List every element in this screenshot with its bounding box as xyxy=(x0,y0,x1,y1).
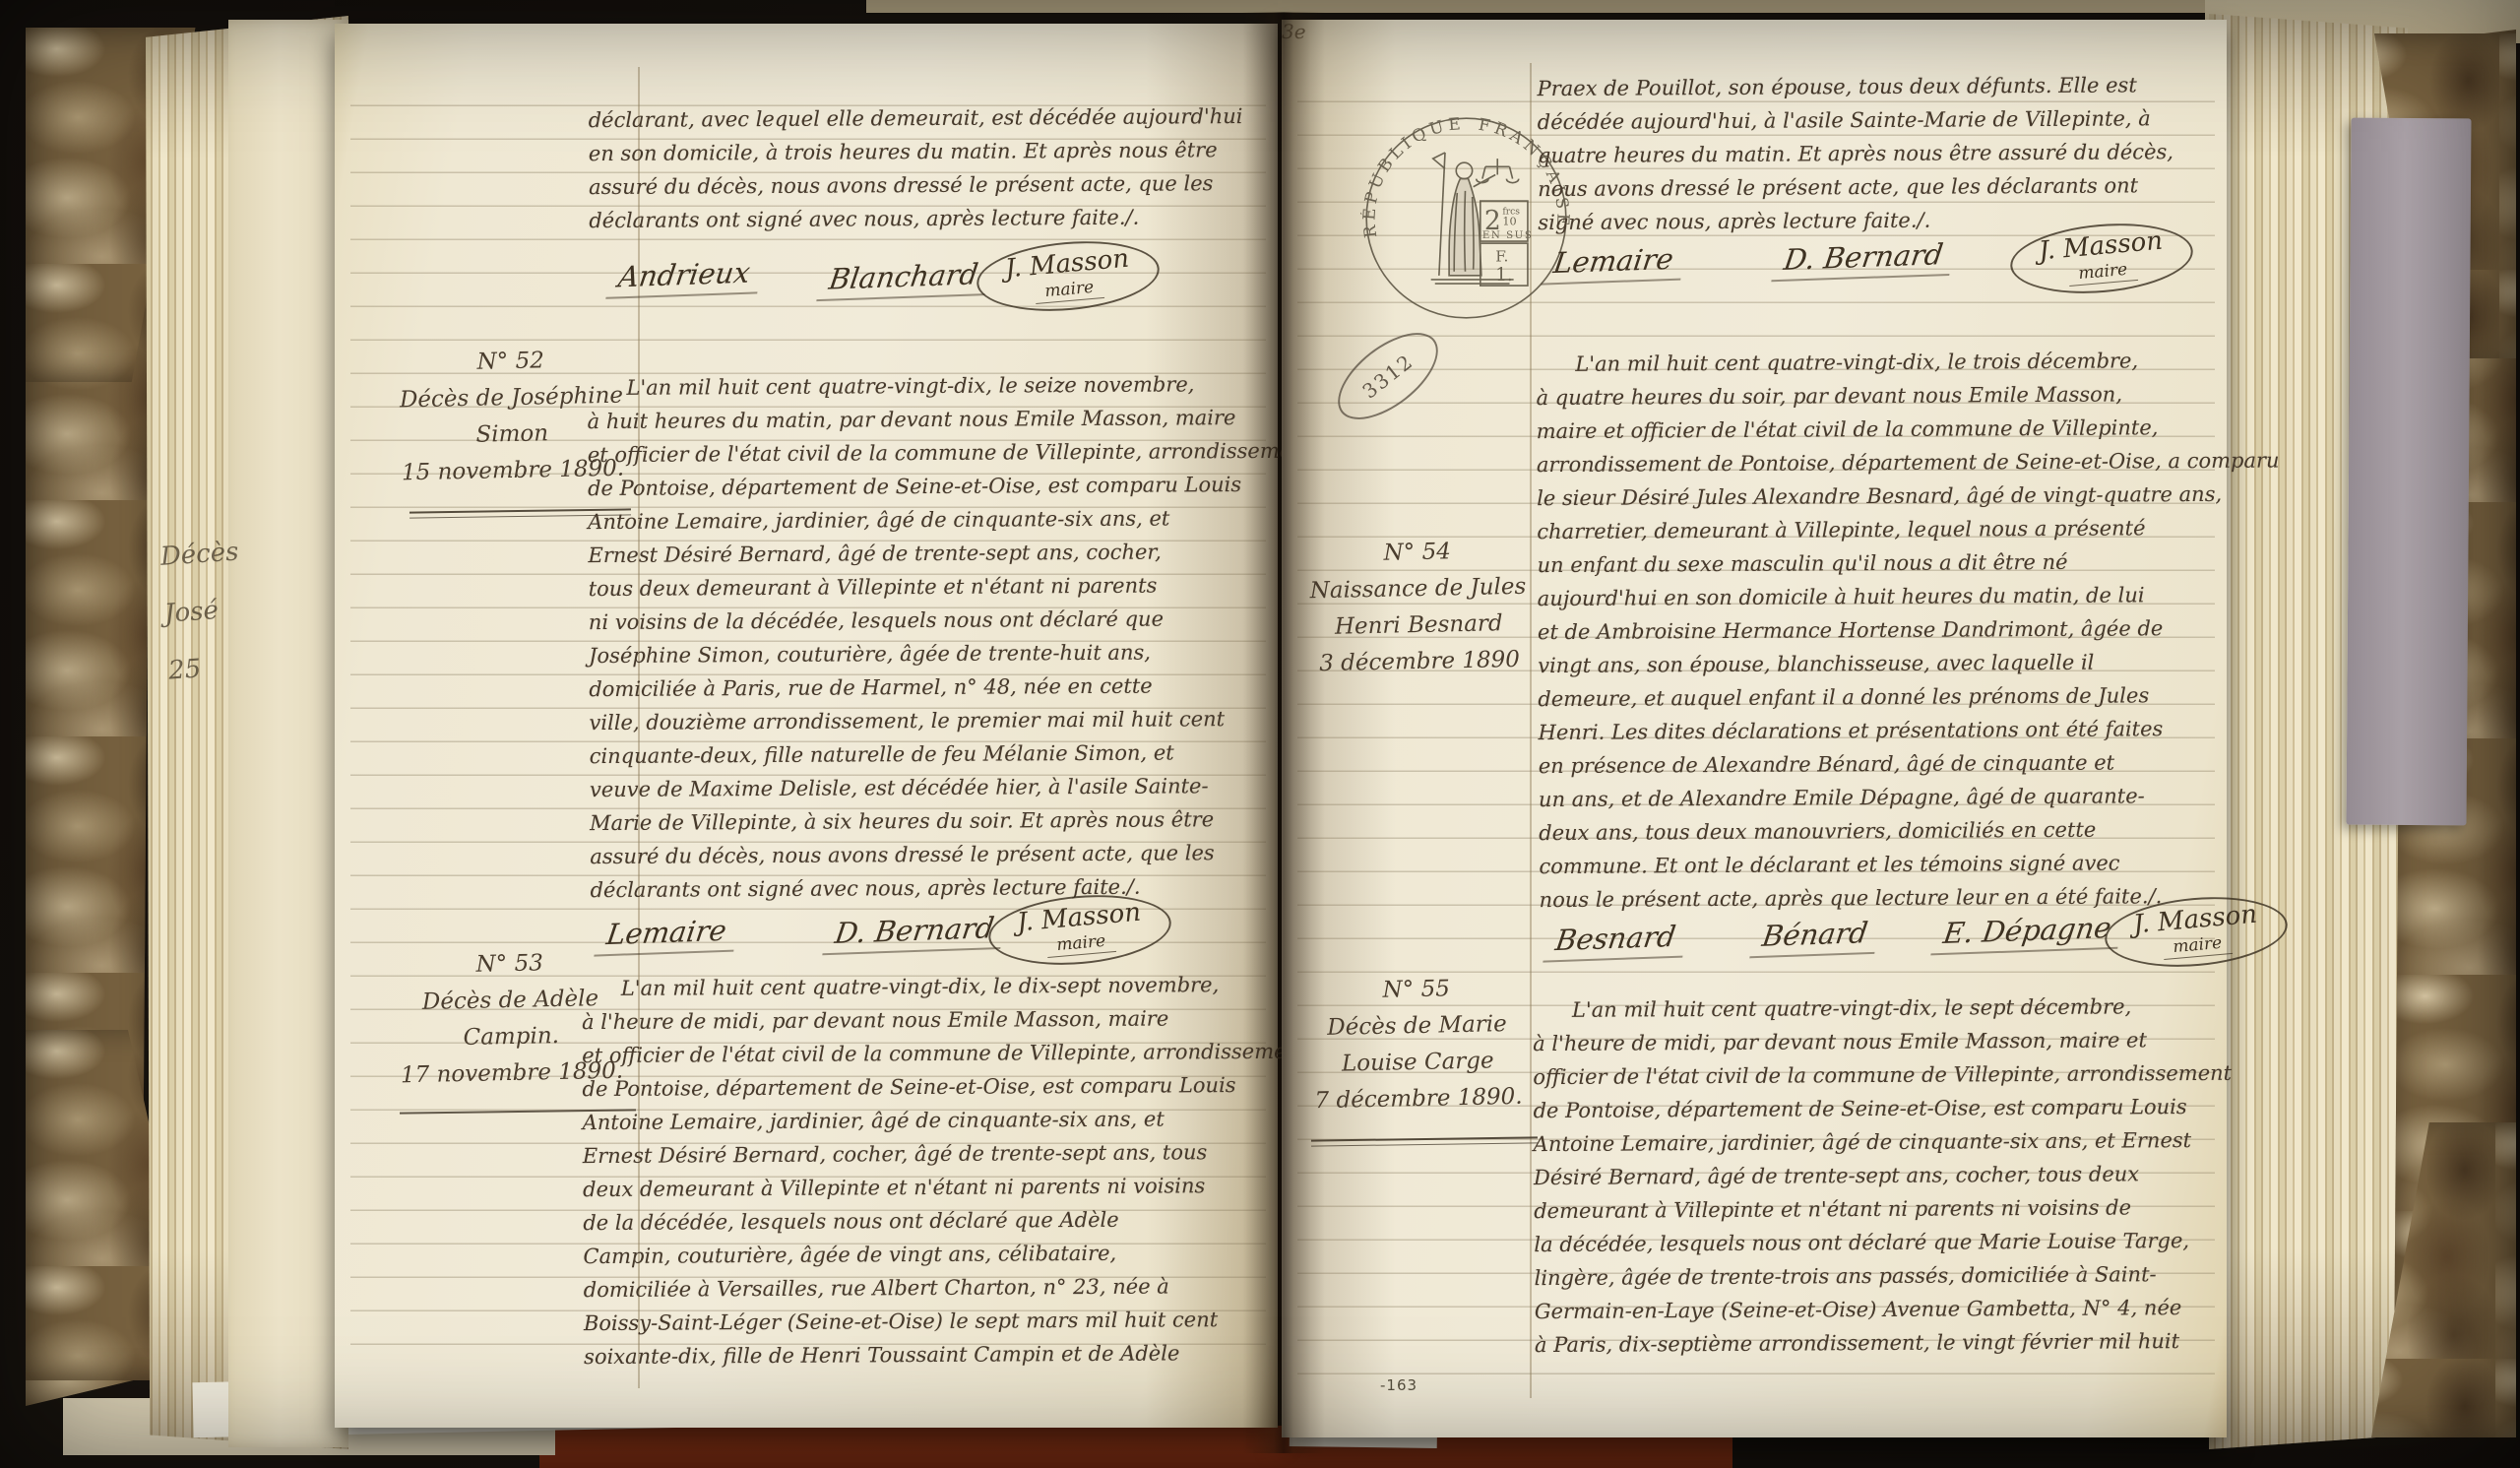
handwritten-line: domiciliée à Versailles, rue Albert Char… xyxy=(584,1274,1269,1311)
registry-number-stamp: 3312 xyxy=(1323,316,1453,435)
margin-note-record-55: N° 55Décès de MarieLouise Carge7 décembr… xyxy=(1295,974,1539,1124)
signature-lemaire: Lemaire xyxy=(1541,241,1685,285)
handwritten-line: de Pontoise, département de Seine-et-Ois… xyxy=(1533,1095,2216,1132)
handwritten-line: en son domicile, à trois heures du matin… xyxy=(589,138,1268,175)
page-number: -163 xyxy=(1380,1376,1417,1394)
record-52-body: L'an mil huit cent quatre-vingt-dix, le … xyxy=(587,372,1269,912)
svg-text:RÉPUBLIQUE: RÉPUBLIQUE xyxy=(1360,113,1465,239)
margin-note-line: N° 54 xyxy=(1299,538,1535,579)
handwritten-line: domiciliée à Paris, rue de Harmel, n° 48… xyxy=(589,673,1268,711)
signature-andrieux: Andrieux xyxy=(605,255,762,299)
handwritten-line: L'an mil huit cent quatre-vingt-dix, le … xyxy=(1536,349,2215,386)
handwritten-line: Antoine Lemaire, jardinier, âgé de cinqu… xyxy=(583,1107,1268,1144)
registry-number: 3312 xyxy=(1357,349,1417,403)
handwritten-line: le sieur Désiré Jules Alexandre Besnard,… xyxy=(1537,482,2216,520)
under-page-margin-text: DécèsJosé25 xyxy=(159,537,249,713)
handwritten-line: deux demeurant à Villepinte et n'étant n… xyxy=(583,1174,1268,1211)
mayor-signature-title: maire xyxy=(2163,932,2234,960)
handwritten-line: à l'heure de midi, par devant nous Emile… xyxy=(1533,1028,2216,1065)
under-page-text-line: Décès xyxy=(159,537,241,599)
handwritten-line: tous deux demeurant à Villepinte et n'ét… xyxy=(589,573,1268,610)
handwritten-line: Henri. Les dites déclarations et présent… xyxy=(1539,717,2218,754)
handwritten-line: Antoine Lemaire, jardinier, âgé de cinqu… xyxy=(588,506,1267,543)
record-51-end-body: déclarant, avec lequel elle demeurait, e… xyxy=(589,104,1269,242)
handwritten-line: veuve de Maxime Delisle, est décédée hie… xyxy=(590,774,1269,811)
handwritten-line: demeurant à Villepinte et n'étant ni par… xyxy=(1534,1195,2217,1233)
svg-text:1.: 1. xyxy=(1495,265,1513,286)
grey-blotter-sheet xyxy=(2346,118,2471,826)
record-54-body: L'an mil huit cent quatre-vingt-dix, le … xyxy=(1536,349,2219,922)
handwritten-line: de la décédée, lesquels nous ont déclaré… xyxy=(583,1207,1268,1245)
handwritten-line: nous avons dressé le présent acte, que l… xyxy=(1538,173,2217,211)
handwritten-line: cinquante-deux, fille naturelle de feu M… xyxy=(590,740,1269,778)
endpaper-left xyxy=(228,20,348,1447)
handwritten-line: demeure, et auquel enfant il a donné les… xyxy=(1538,683,2217,721)
margin-rule-under-55 xyxy=(1311,1136,1538,1146)
margin-note-line: Louise Carge xyxy=(1297,1047,1539,1088)
handwritten-line: à Paris, dix-septième arrondissement, le… xyxy=(1535,1329,2218,1367)
svg-text:F.: F. xyxy=(1495,248,1508,266)
handwritten-line: la décédée, lesquels nous ont déclaré qu… xyxy=(1534,1229,2217,1266)
margin-note-line: N° 55 xyxy=(1295,974,1537,1015)
signature-bernard: D. Bernard xyxy=(1771,237,1955,283)
handwritten-line: à l'heure de midi, par devant nous Emile… xyxy=(582,1006,1267,1044)
handwritten-line: charretier, demeurant à Villepinte, lequ… xyxy=(1537,516,2216,553)
handwritten-line: L'an mil huit cent quatre-vingt-dix, le … xyxy=(1533,994,2216,1032)
handwritten-line: à huit heures du matin, par devant nous … xyxy=(588,406,1267,443)
handwritten-line: Ernest Désiré Bernard, cocher, âgé de tr… xyxy=(583,1140,1268,1178)
handwritten-line: en présence de Alexandre Bénard, âgé de … xyxy=(1539,750,2218,788)
handwritten-line: assuré du décès, nous avons dressé le pr… xyxy=(590,841,1269,878)
handwritten-line: ville, douzième arrondissement, le premi… xyxy=(589,707,1268,744)
handwritten-line: Praex de Pouillot, son épouse, tous deux… xyxy=(1537,73,2216,110)
handwritten-line: L'an mil huit cent quatre-vingt-dix, le … xyxy=(582,973,1267,1010)
mayor-signature-title: maire xyxy=(2068,259,2139,287)
margin-note-line: 7 décembre 1890. xyxy=(1298,1083,1540,1124)
handwritten-line: déclarants ont signé avec nous, après le… xyxy=(590,874,1269,912)
margin-note-line: Décès de Marie xyxy=(1296,1010,1538,1052)
margin-note-record-54: N° 54Naissance de JulesHenri Besnard3 dé… xyxy=(1299,538,1537,688)
record-53-body: L'an mil huit cent quatre-vingt-dix, le … xyxy=(582,973,1269,1378)
signature-bernard: D. Bernard xyxy=(822,911,1006,956)
stamp-value-plaque: 2 frcs 10 EN SUS F. 1. xyxy=(1480,201,1534,286)
handwritten-line: aujourd'hui en son domicile à huit heure… xyxy=(1538,583,2217,620)
handwritten-line: un enfant du sexe masculin qu'il nous a … xyxy=(1537,549,2216,587)
handwritten-line: décédée aujourd'hui, à l'asile Sainte-Ma… xyxy=(1538,106,2217,144)
mayor-signature-title: maire xyxy=(1046,930,1117,958)
svg-text:10: 10 xyxy=(1502,216,1516,228)
signature-besnard: Besnard xyxy=(1543,919,1687,962)
handwritten-line: déclarant, avec lequel elle demeurait, e… xyxy=(589,104,1268,142)
handwritten-line: Ernest Désiré Bernard, âgé de trente-sep… xyxy=(588,540,1267,577)
handwritten-line: soixante-dix, fille de Henri Toussaint C… xyxy=(584,1341,1269,1378)
handwritten-line: et de Ambroisine Hermance Hortense Dandr… xyxy=(1538,616,2217,654)
svg-text:EN SUS: EN SUS xyxy=(1482,230,1533,241)
margin-note-line: Naissance de Jules xyxy=(1300,574,1536,615)
left-page: déclarant, avec lequel elle demeurait, e… xyxy=(335,24,1278,1428)
record-55-body: L'an mil huit cent quatre-vingt-dix, le … xyxy=(1533,994,2218,1367)
under-page-text-line: 25 xyxy=(167,651,249,713)
book-top-edge xyxy=(866,0,2225,13)
handwritten-line: Boissy-Saint-Léger (Seine-et-Oise) le se… xyxy=(584,1308,1269,1345)
handwritten-line: ni voisins de la décédée, lesquels nous … xyxy=(589,606,1268,644)
signature-blanchard: Blanchard xyxy=(816,257,990,301)
signature-benard: Bénard xyxy=(1749,916,1879,959)
handwritten-line: arrondissement de Pontoise, département … xyxy=(1537,449,2216,486)
handwritten-line: déclarants ont signé avec nous, après le… xyxy=(589,205,1268,242)
handwritten-line: à quatre heures du soir, par devant nous… xyxy=(1536,382,2215,419)
handwritten-line: et officier de l'état civil de la commun… xyxy=(582,1040,1267,1077)
handwritten-line: et officier de l'état civil de la commun… xyxy=(588,439,1267,477)
handwritten-line: Désiré Bernard, âgé de trente-sept ans, … xyxy=(1534,1162,2217,1199)
under-page-text-line: José xyxy=(163,594,245,656)
handwritten-line: assuré du décès, nous avons dressé le pr… xyxy=(589,171,1268,209)
handwritten-line: deux ans, tous deux manouvriers, domicil… xyxy=(1539,817,2218,855)
register-photo: DécèsJosé25 déclarant, avec lequel elle … xyxy=(0,0,2520,1468)
handwritten-line: de Pontoise, département de Seine-et-Ois… xyxy=(582,1073,1267,1111)
mayor-signature-title: maire xyxy=(1035,277,1105,304)
record-53-end-body: Praex de Pouillot, son épouse, tous deux… xyxy=(1537,73,2217,244)
margin-note-line: 3 décembre 1890 xyxy=(1302,646,1538,687)
handwritten-line: de Pontoise, département de Seine-et-Ois… xyxy=(588,473,1267,510)
handwritten-line: maire et officier de l'état civil de la … xyxy=(1537,415,2216,453)
handwritten-line: commune. Et ont le déclarant et les témo… xyxy=(1539,851,2218,888)
handwritten-line: un ans, et de Alexandre Emile Dépagne, â… xyxy=(1539,784,2218,821)
handwritten-line: Campin, couturière, âgée de vingt ans, c… xyxy=(583,1241,1268,1278)
stamp-arc-left-text: RÉPUBLIQUE xyxy=(1360,113,1465,239)
signature-depagne: E. Dépagne xyxy=(1930,911,2123,956)
handwritten-line: Joséphine Simon, couturière, âgée de tre… xyxy=(589,640,1268,677)
right-page: 3e RÉPUBLIQUE FRANÇAISE xyxy=(1282,20,2227,1437)
handwritten-line: Germain-en-Laye (Seine-et-Oise) Avenue G… xyxy=(1535,1296,2218,1333)
handwritten-line: lingère, âgée de trente-trois ans passés… xyxy=(1535,1262,2218,1300)
handwritten-line: Antoine Lemaire, jardinier, âgé de cinqu… xyxy=(1534,1128,2217,1166)
handwritten-line: quatre heures du matin. Et après nous êt… xyxy=(1538,140,2217,177)
folio-corner-note: 3e xyxy=(1282,20,1306,43)
handwritten-line: vingt ans, son épouse, blanchisseuse, av… xyxy=(1538,650,2217,687)
handwritten-line: officier de l'état civil de la commune d… xyxy=(1533,1061,2216,1099)
handwritten-line: Marie de Villepinte, à six heures du soi… xyxy=(590,807,1269,845)
margin-note-line: Henri Besnard xyxy=(1301,610,1537,652)
handwritten-line: L'an mil huit cent quatre-vingt-dix, le … xyxy=(587,372,1266,410)
mayor-signature: J. Masson maire xyxy=(974,234,1162,318)
